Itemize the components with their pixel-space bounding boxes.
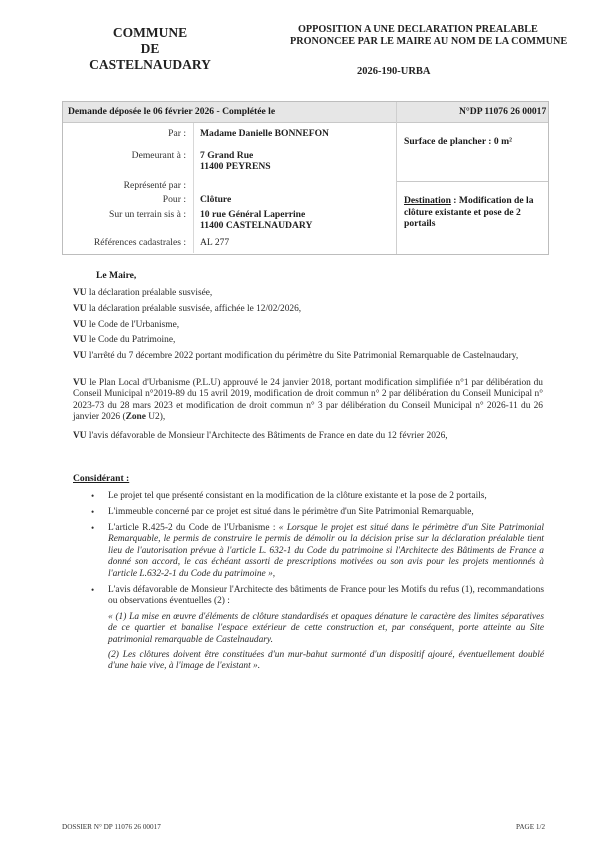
label-applicant: Par :	[168, 128, 186, 139]
label-divider	[193, 123, 194, 253]
commune-name: COMMUNE DE CASTELNAUDARY	[70, 25, 230, 73]
vu-keyword: VU	[73, 335, 87, 345]
row-divider	[397, 181, 548, 182]
title-line-2: PRONONCEE PAR LE MAIRE AU NOM DE LA COMM…	[290, 36, 590, 48]
label-purpose: Pour :	[163, 194, 186, 205]
value-site-city: 11400 CASTELNAUDARY	[200, 220, 312, 231]
value-address-city: 11400 PEYRENS	[200, 161, 271, 172]
vu-text: le Code du Patrimoine,	[87, 335, 176, 345]
column-divider	[396, 102, 397, 254]
vu-keyword: VU	[73, 431, 87, 441]
considerant-item: •L'article R.425-2 du Code de l'Urbanism…	[108, 523, 544, 580]
bullet-icon: •	[91, 523, 94, 534]
floor-area: Surface de plancher : 0 m²	[404, 136, 512, 147]
dossier-number: N°DP 11076 26 00017	[459, 106, 546, 117]
vu-keyword: VU	[73, 320, 87, 330]
considerant-item: •L'avis défavorable de Monsieur l'Archit…	[108, 585, 544, 608]
vu-text: le Code de l'Urbanisme,	[87, 320, 180, 330]
opening-line: Le Maire,	[96, 270, 136, 281]
zone-value: U2),	[146, 412, 165, 422]
considerant-item: •L'immeuble concerné par ce projet est s…	[108, 507, 544, 518]
vu-keyword: VU	[73, 288, 87, 298]
commune-line: DE	[70, 41, 230, 57]
considerant-text: Le projet tel que présenté consistant en…	[108, 491, 487, 501]
bullet-icon: •	[91, 491, 94, 502]
considerant-title: Considérant :	[73, 473, 129, 484]
footer-page: PAGE 1/2	[516, 823, 545, 831]
value-applicant: Madame Danielle BONNEFON	[200, 128, 329, 139]
value-address-street: 7 Grand Rue	[200, 150, 253, 161]
vu-text: la déclaration préalable susvisée,	[87, 288, 213, 298]
filing-date: Demande déposée le 06 février 2026 - Com…	[68, 106, 275, 117]
label-cadastral: Références cadastrales :	[94, 237, 186, 248]
value-purpose: Clôture	[200, 194, 231, 205]
vu-item: VU le Plan Local d'Urbanisme (P.L.U) app…	[73, 378, 543, 424]
vu-keyword: VU	[73, 304, 87, 314]
footer-dossier: DOSSIER N° DP 11076 26 00017	[62, 823, 161, 831]
destination: Destination : Modification de la clôture…	[404, 195, 544, 230]
zone-label: Zone	[126, 412, 146, 422]
label-represented-by: Représenté par :	[124, 180, 186, 191]
destination-label: Destination	[404, 195, 451, 206]
vu-item: VU l'arrêté du 7 décembre 2022 portant m…	[73, 351, 543, 362]
bullet-icon: •	[91, 585, 94, 596]
decision-title: OPPOSITION A UNE DECLARATION PREALABLE P…	[290, 24, 590, 48]
considerant-text: L'immeuble concerné par ce projet est si…	[108, 507, 474, 517]
vu-item: VU la déclaration préalable susvisée, af…	[73, 304, 543, 315]
abf-intro: L'avis défavorable de Monsieur l'Archite…	[108, 585, 544, 606]
request-table-header: Demande déposée le 06 février 2026 - Com…	[63, 102, 548, 123]
label-site: Sur un terrain sis à :	[109, 209, 186, 220]
vu-item: VU le Code de l'Urbanisme,	[73, 320, 543, 331]
abf-quote-2: (2) Les clôtures doivent être constituée…	[108, 650, 544, 673]
vu-item: VU l'avis défavorable de Monsieur l'Arch…	[73, 431, 543, 442]
vu-text: la déclaration préalable susvisée, affic…	[87, 304, 302, 314]
title-line-1: OPPOSITION A UNE DECLARATION PREALABLE	[290, 24, 590, 36]
article-intro: L'article R.425-2 du Code de l'Urbanisme…	[108, 523, 279, 533]
vu-item: VU la déclaration préalable susvisée,	[73, 288, 543, 299]
vu-text: l'avis défavorable de Monsieur l'Archite…	[87, 431, 448, 441]
bullet-icon: •	[91, 507, 94, 518]
abf-quote-1: « (1) La mise en œuvre d'éléments de clô…	[108, 612, 544, 646]
vu-keyword: VU	[73, 351, 87, 361]
vu-text: l'arrêté du 7 décembre 2022 portant modi…	[87, 351, 519, 361]
request-table: Demande déposée le 06 février 2026 - Com…	[62, 101, 549, 255]
vu-keyword: VU	[73, 378, 87, 388]
value-site-street: 10 rue Général Laperrine	[200, 209, 305, 220]
commune-line: CASTELNAUDARY	[70, 57, 230, 73]
decision-reference: 2026-190-URBA	[357, 66, 431, 77]
considerant-item: •Le projet tel que présenté consistant e…	[108, 491, 544, 502]
vu-item: VU le Code du Patrimoine,	[73, 335, 543, 346]
label-address: Demeurant à :	[132, 150, 186, 161]
value-cadastral: AL 277	[200, 237, 229, 248]
commune-line: COMMUNE	[70, 25, 230, 41]
document-page: COMMUNE DE CASTELNAUDARY OPPOSITION A UN…	[0, 0, 595, 842]
